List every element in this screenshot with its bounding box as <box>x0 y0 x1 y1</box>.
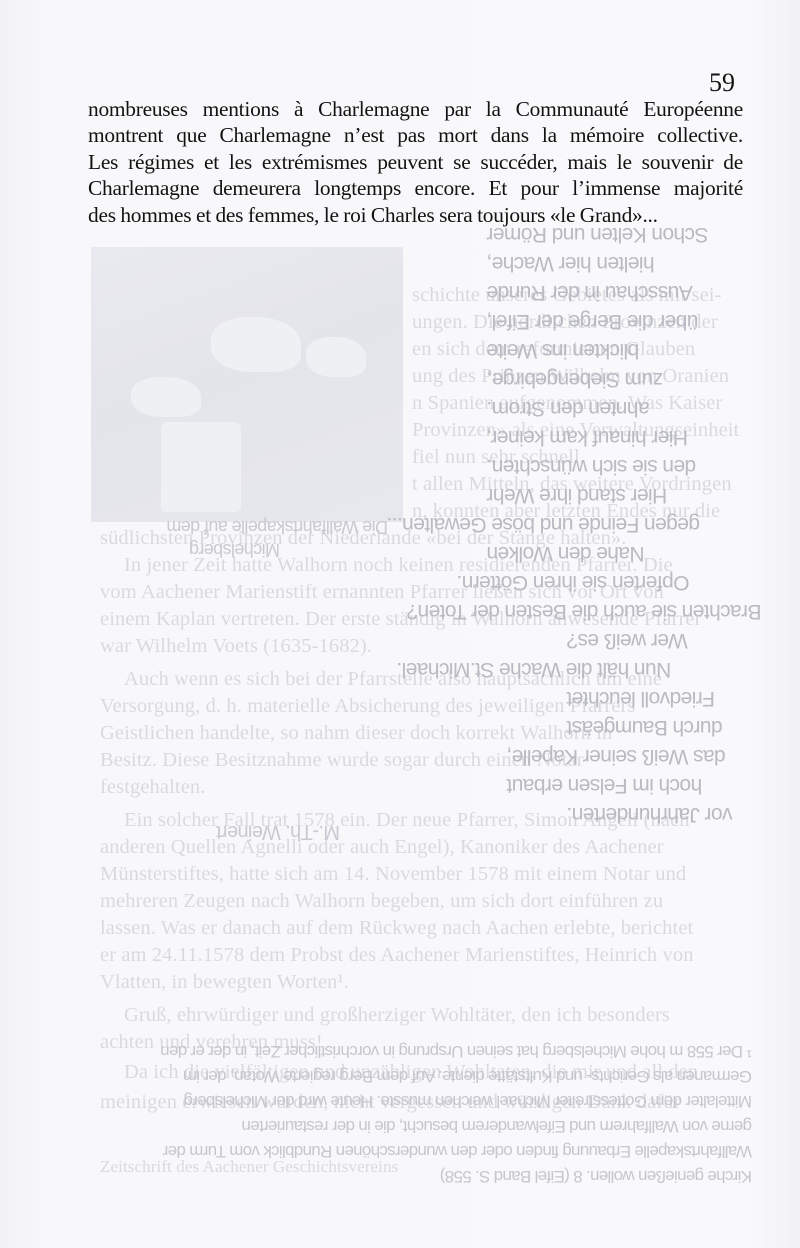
poem-line: Brachten sie auch die Besten der Toten? <box>407 599 761 623</box>
caption-line: Die Wallfahrtskapelle auf dem <box>167 516 388 537</box>
poem-line: hoch im Felsen erbaut <box>507 773 702 797</box>
page-number: 59 <box>709 68 735 98</box>
caption-line: Michelsberg <box>190 539 280 560</box>
poem-line: Hier hinauf kam keiner, <box>487 425 688 449</box>
paragraph-line: Les régimes et les extrémismes peuvent s… <box>88 149 743 175</box>
poem-line: blickten ins Weite <box>487 338 639 362</box>
poem-line: das Weiß seiner Kapelle, <box>507 744 726 768</box>
footnote-line: Wallfahrtskapelle Erbauung finden oder d… <box>163 1141 752 1161</box>
poem-line: gegen Feinde und böse Gewalten... <box>387 512 700 536</box>
footnote-line: Mittelalter dem Gottesstreiter Michael w… <box>184 1091 752 1111</box>
poem-line: durch Baumgeäst <box>567 715 723 739</box>
poem-line: ahnten den Strom. <box>487 396 650 420</box>
paragraph-line: montrent que Charlemagne n’est pas mort … <box>88 122 743 148</box>
poem-line: über die Berge der Eifel, <box>487 309 698 333</box>
paragraph-line: des hommes et des femmes, le roi Charles… <box>88 202 743 228</box>
scanned-book-page: schichte unseres Gebietes als mit sei- u… <box>0 0 800 1248</box>
paragraph-line: Charlemagne demeurera longtemps encore. … <box>88 175 743 201</box>
poem-line: vor Jahrhunderten. <box>567 802 732 826</box>
poem-line: Hier stand ihre Wehr <box>487 483 667 507</box>
footnote-line: Kirche genießen wollen. 8 (Eifel Band S.… <box>440 1166 752 1186</box>
poem-line: Nahe den Wolken <box>487 541 645 565</box>
poem-line: Ausschau in der Runde <box>487 280 693 304</box>
poem-line: den sie sich wünschten. <box>487 454 696 478</box>
footnote-line: gerne von Wallfahrern und Eifelwanderern… <box>242 1116 752 1136</box>
paragraph-line: nombreuses mentions à Charlemagne par la… <box>88 96 743 122</box>
poem-line: hielten hier Wache, <box>487 251 655 275</box>
body-paragraph: nombreuses mentions à Charlemagne par la… <box>88 96 743 228</box>
signature: M.-Th. Weinert <box>217 820 340 843</box>
poem-line: Wer weiß es? <box>567 628 688 652</box>
poem-line: Opferten sie ihren Göttern. <box>457 570 689 594</box>
poem-line: Friedvoll leuchtet <box>567 686 715 710</box>
footnote-line: Germanen als Gerichts- und Kultstätte di… <box>183 1066 752 1086</box>
poem-line: zum Siebengebirge, <box>487 367 663 391</box>
poem-line: Nun hält die Wache St.Michael. <box>397 657 671 681</box>
footnote-line: ¹ Der 558 m hohe Michelsberg hat seinen … <box>161 1041 752 1061</box>
